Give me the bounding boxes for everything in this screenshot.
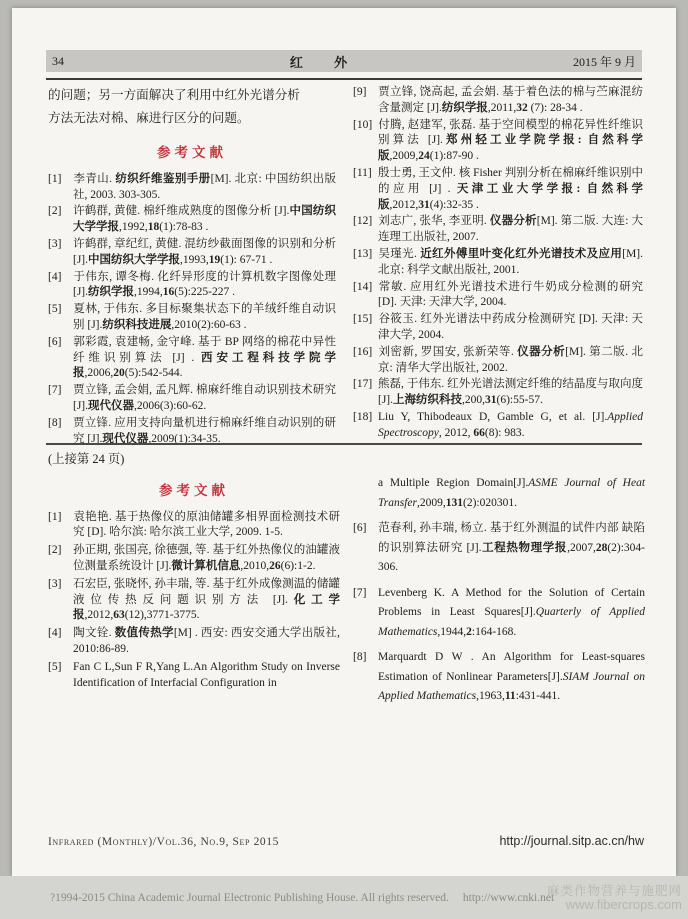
cnki-url: http://www.cnki.net <box>463 892 554 904</box>
watermark-site-name: 麻类作物营养与施肥网 <box>547 884 682 898</box>
reference-item: [3]许鹤群, 章纪红, 黄健. 混纺纱截面图像的识别和分析 [J].中国纺织大… <box>48 237 336 269</box>
reference-number: [14] <box>353 280 378 296</box>
reference-item: [4]于伟东, 谭冬梅. 化纤异形度的计算机数字图像处理 [J].纺织学报,19… <box>48 270 336 302</box>
scanned-journal-page: 34 红 外 2015 年 9 月 的问题；另一方面解决了利用中红外光谱分析 方… <box>12 8 676 876</box>
reference-number: [6] <box>48 335 73 351</box>
reference-number: [2] <box>48 543 73 559</box>
intro-line: 的问题；另一方面解决了利用中红外光谱分析 <box>48 84 336 107</box>
reference-item: [1]袁艳艳. 基于热像仪的原油储罐多相界面检测技术研究 [D]. 哈尔滨: 哈… <box>48 510 340 542</box>
watermark: 麻类作物营养与施肥网 www.fibercrops.com <box>547 884 682 912</box>
reference-item: [5]夏林, 于伟东. 多目标聚集状态下的羊绒纤维自动识别 [J].纺织科技进展… <box>48 302 336 334</box>
reference-item: [14]常敏. 应用红外光谱技术进行牛奶成分检测的研究 [D]. 天津: 天津大… <box>353 280 643 312</box>
reference-number: [7] <box>48 383 73 399</box>
bottom-right-column: a Multiple Region Domain[J].ASME Journal… <box>353 474 645 713</box>
reference-item: [7]Levenberg K. A Method for the Solutio… <box>353 584 645 643</box>
reference-item: a Multiple Region Domain[J].ASME Journal… <box>353 474 645 513</box>
reference-number: [7] <box>353 584 378 604</box>
reference-number: [15] <box>353 312 378 328</box>
reference-item: [17]熊磊, 于伟东. 红外光谱法测定纤维的结晶度与取向度 [J].上海纺织科… <box>353 377 643 409</box>
reference-number: [12] <box>353 214 378 230</box>
reference-item: [9]贾立锋, 饶高起, 孟会娟. 基于着色法的棉与苎麻混纺含量测定 [J].纺… <box>353 85 643 117</box>
reference-number: [6] <box>353 519 378 539</box>
reference-number: [5] <box>48 660 73 676</box>
reference-number: [18] <box>353 410 378 426</box>
section-divider-rule <box>46 443 642 445</box>
issue-date: 2015 年 9 月 <box>573 53 636 70</box>
reference-number: [17] <box>353 377 378 393</box>
reference-number: [3] <box>48 577 73 593</box>
reference-list-bottom-left: [1]袁艳艳. 基于热像仪的原油储罐多相界面检测技术研究 [D]. 哈尔滨: 哈… <box>48 510 340 692</box>
references-heading: 参考文献 <box>48 483 340 499</box>
copyright-text: ?1994-2015 China Academic Journal Electr… <box>50 892 449 904</box>
reference-number: [11] <box>353 166 378 182</box>
copyright-strip: ?1994-2015 China Academic Journal Electr… <box>0 876 688 919</box>
reference-number: [8] <box>48 416 73 432</box>
footer-journal-url: http://journal.sitp.ac.cn/hw <box>499 834 644 848</box>
bottom-left-column: (上接第 24 页) 参考文献 [1]袁艳艳. 基于热像仪的原油储罐多相界面检测… <box>48 452 340 693</box>
intro-line: 方法无法对棉、麻进行区分的问题。 <box>48 107 336 130</box>
reference-item: [13]吴瑾光. 近红外傅里叶变化红外光谱技术及应用[M]. 北京: 科学文献出… <box>353 247 643 279</box>
top-left-column: 的问题；另一方面解决了利用中红外光谱分析 方法无法对棉、麻进行区分的问题。 参考… <box>48 84 336 448</box>
reference-number: [16] <box>353 345 378 361</box>
reference-item: [12]刘志广, 张华, 李亚明. 仪器分析[M]. 第二版. 大连: 大连理工… <box>353 214 643 246</box>
intro-paragraph: 的问题；另一方面解决了利用中红外光谱分析 方法无法对棉、麻进行区分的问题。 <box>48 84 336 130</box>
header-rule <box>46 78 642 80</box>
reference-list-top-right: [9]贾立锋, 饶高起, 孟会娟. 基于着色法的棉与苎麻混纺含量测定 [J].纺… <box>353 85 643 442</box>
copyright-notice: ?1994-2015 China Academic Journal Electr… <box>50 892 570 904</box>
reference-item: [4]陶文铨. 数值传热学[M] . 西安: 西安交通大学出版社, 2010:8… <box>48 626 340 658</box>
reference-number: [13] <box>353 247 378 263</box>
reference-number: [8] <box>353 648 378 668</box>
page-footer: Infrared (Monthly)/Vol.36, No.9, Sep 201… <box>48 834 644 848</box>
reference-number: [10] <box>353 118 378 134</box>
reference-number: [5] <box>48 302 73 318</box>
footer-journal-info: Infrared (Monthly)/Vol.36, No.9, Sep 201… <box>48 836 279 848</box>
reference-list-top-left: [1]李青山. 纺织纤维鉴别手册[M]. 北京: 中国纺织出版社, 2003. … <box>48 172 336 448</box>
reference-item: [3]石宏臣, 张晓怀, 孙丰瑞, 等. 基于红外成像测温的储罐液位传热反问题识… <box>48 577 340 624</box>
reference-number: [4] <box>48 270 73 286</box>
reference-item: [6]范春利, 孙丰瑞, 杨立. 基于红外测温的试件内部 缺陷的识别算法研究 [… <box>353 519 645 578</box>
reference-number: [9] <box>353 85 378 101</box>
reference-number: [3] <box>48 237 73 253</box>
reference-item: [8]Marquardt D W . An Algorithm for Leas… <box>353 648 645 707</box>
reference-item: [2]孙正期, 张国亮, 徐德强, 等. 基于红外热像仪的油罐液位测量系统设计 … <box>48 543 340 575</box>
journal-title: 红 外 <box>290 52 361 71</box>
reference-number: [1] <box>48 172 73 188</box>
reference-number: [2] <box>48 204 73 220</box>
reference-item: [15]谷筱玉. 红外光谱法中药成分检测研究 [D]. 天津: 天津大学, 20… <box>353 312 643 344</box>
reference-item: [1]李青山. 纺织纤维鉴别手册[M]. 北京: 中国纺织出版社, 2003. … <box>48 172 336 204</box>
reference-item: [6]郭彩霞, 袁建畅, 金守峰. 基于 BP 网络的棉花中异性纤维识别算法 [… <box>48 335 336 382</box>
reference-item: [16]刘密新, 罗国安, 张新荣等. 仪器分析[M]. 第二版. 北京: 清华… <box>353 345 643 377</box>
reference-item: [2]许鹤群, 黄健. 棉纤维成熟度的图像分析 [J].中国纺织大学学报,199… <box>48 204 336 236</box>
reference-item: [11]殷士勇, 王文仲. 核 Fisher 判别分析在棉麻纤维识别中的应用 [… <box>353 166 643 213</box>
reference-number: [1] <box>48 510 73 526</box>
reference-item: [18]Liu Y, Thibodeaux D, Gamble G, et al… <box>353 410 643 442</box>
page-header-band: 34 红 外 2015 年 9 月 <box>46 50 642 72</box>
reference-list-bottom-right: a Multiple Region Domain[J].ASME Journal… <box>353 474 645 707</box>
reference-item: [10]付腾, 赵建军, 张磊. 基于空间模型的棉花异性纤维识别算法 [J].郑… <box>353 118 643 165</box>
reference-item: [5]Fan C L,Sun F R,Yang L.An Algorithm S… <box>48 660 340 692</box>
top-right-column: [9]贾立锋, 饶高起, 孟会娟. 基于着色法的棉与苎麻混纺含量测定 [J].纺… <box>353 85 643 443</box>
page-number: 34 <box>52 54 64 69</box>
reference-number: [4] <box>48 626 73 642</box>
references-heading: 参考文献 <box>48 145 336 161</box>
reference-item: [7]贾立锋, 孟会娟, 孟凡辉. 棉麻纤维自动识别技术研究 [J].现代仪器,… <box>48 383 336 415</box>
watermark-site-url: www.fibercrops.com <box>547 898 682 912</box>
continued-from-note: (上接第 24 页) <box>48 452 340 468</box>
